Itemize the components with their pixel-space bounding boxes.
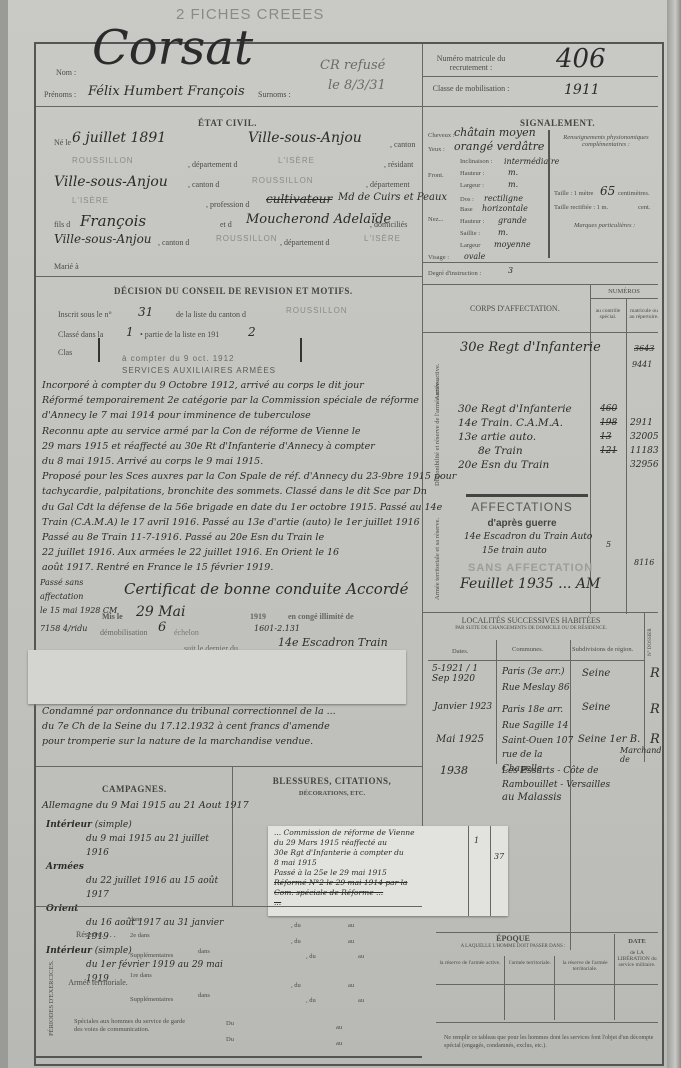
departement-residence: L'ISÈRE: [72, 196, 109, 205]
epoque-footnote: Ne remplir ce tableau que pour les homme…: [444, 1034, 656, 1050]
nez-label: Nez...: [428, 216, 443, 223]
pere-value: François: [80, 212, 146, 230]
affectations-subtitle: d'après guerre: [454, 518, 590, 529]
epoque-col-1: la réserve de l'armée active.: [438, 960, 502, 966]
campagne-sub: (simple): [95, 820, 132, 830]
slip-line: 8 mai 1915: [274, 858, 468, 868]
localite-mark: R: [650, 702, 660, 717]
yeux-label: Yeux :: [428, 146, 445, 153]
au-speciales-2: au: [336, 1040, 342, 1047]
slip-line: Passé à la 25e le 29 mai 1915: [274, 868, 468, 878]
canton-residence: ROUSSILLON: [252, 176, 314, 185]
disponibilite-label: Disponibilité et réserve de l'armée acti…: [434, 378, 441, 486]
date-liberation-sub: de LA LIBÉRATION du service militaire.: [616, 950, 658, 968]
base-label: Base: [460, 206, 473, 213]
largeur-nez-value: moyenne: [494, 240, 531, 249]
prenoms-value: Félix Humbert François: [88, 84, 245, 99]
corps-entry: 20e Esn du Train: [458, 458, 572, 472]
largeur-value: m.: [508, 180, 518, 189]
condamnation-line: Condamné par ordonnance du tribunal corr…: [42, 704, 422, 719]
sans-affectation-stamp: SANS AFFECTATION: [468, 562, 593, 574]
au-label: au: [358, 997, 364, 1004]
controle-list: 460 198 13 121: [600, 402, 617, 458]
registry-sheet: 2 FICHES CREEES Corsat Nom : Prénoms : F…: [8, 0, 668, 1068]
residence-value: Ville-sous-Anjou: [54, 174, 168, 190]
localites-title: LOCALITÉS SUCCESSIVES HABITÉES: [428, 616, 634, 625]
matricule-value: 32956: [630, 458, 659, 472]
date-naissance: 6 juillet 1891: [72, 130, 166, 146]
service-line: d'Annecy le 7 mai 1914 pour imminence de…: [42, 408, 420, 423]
matricule-list: 2911 32005 11183 32956: [630, 416, 659, 472]
au-label: au: [348, 982, 354, 989]
localite-commune: Les Essarts - Côte de Rambouillet - Vers…: [502, 764, 652, 792]
domicilies-label: , domiciliés: [370, 220, 407, 229]
departement-label: , département d: [188, 160, 238, 169]
armee-territoriale-label: Armée territoriale.: [68, 978, 128, 987]
condamnation-line: du 7e Ch de la Seine du 17.12.1932 à cen…: [42, 719, 422, 734]
decision-title: DÉCISION DU CONSEIL DE REVISION ET MOTIF…: [114, 286, 353, 296]
dans-label: dans: [198, 948, 210, 955]
service-line: Passé au 8e Train 11-7-1916. Passé au 20…: [42, 530, 420, 545]
ne-le-label: Né le: [54, 138, 71, 147]
largeur-nez-label: Largeur: [460, 242, 480, 249]
cheveux-value: châtain moyen: [454, 126, 536, 139]
col-communes: Communes.: [512, 646, 543, 653]
classe-value: 1911: [564, 82, 600, 98]
inscrit-value: 31: [138, 305, 153, 319]
departement-domicile: L'ISÈRE: [364, 234, 401, 243]
yeux-value: orangé verdâtre: [454, 140, 544, 153]
localite-date: 5-1921 / 1 Sep 1920: [432, 664, 496, 684]
disponibilite-corps-list: 30e Regt d'Infanterie 14e Train. C.A.M.A…: [458, 402, 572, 472]
localite-mark: R: [650, 732, 660, 747]
corps-entry: 14e Train. C.A.M.A.: [458, 416, 572, 430]
service-line: du Gal Cdt la défense de la 56e brigade …: [42, 500, 420, 515]
matricule-label: Numéro matricule du recrutement :: [428, 54, 514, 72]
dos-value: rectiligne: [484, 194, 523, 203]
canton-domicile: ROUSSILLON: [216, 234, 278, 243]
departement3-label: , département d: [280, 238, 330, 247]
localite-subdivision: Seine 1er B.: [578, 734, 640, 745]
hauteur-nez-label: Hauteur :: [460, 218, 484, 225]
service-line: Reconnu apte au service armé par la Con …: [42, 424, 420, 439]
col-controle: au contrôle spécial.: [590, 308, 626, 320]
periodes-side-label: PÉRIODES D'EXERCICES.: [48, 960, 55, 1036]
slip-line: Réformé N°2 le 29 mai 1914 par la: [274, 878, 468, 888]
degre-value: 3: [508, 266, 513, 275]
slip-line: du 29 Mars 1915 réaffecté au: [274, 838, 468, 848]
col-dates: Dates.: [452, 648, 468, 655]
canton-de-label: , canton d: [188, 180, 219, 189]
corps-entry: 8e Train: [458, 444, 572, 458]
blessures-subtitle: DÉCORATIONS, ETC.: [242, 790, 422, 797]
armee-active-matricule: 3643: [634, 344, 654, 353]
territoriale-entry: 14e Escadron du Train Auto: [464, 532, 592, 542]
base-value: horizontale: [482, 204, 528, 213]
certificat-bonne-conduite: Certificat de bonne conduite Accordé: [124, 580, 408, 598]
profession-note: Md de Cuirs et Peaux: [338, 192, 447, 203]
epoque-subtitle: A LAQUELLE L'HOMME DOIT PASSER DANS :: [438, 944, 588, 949]
armee-active-corps: 30e Regt d'Infanterie: [460, 340, 601, 355]
classe-label: Classe de mobilisation :: [428, 84, 514, 93]
profession-label: , profession d: [206, 200, 249, 209]
du-label: , du: [306, 953, 316, 960]
service-line: Proposé pour les Sces auxres par la Con …: [42, 469, 420, 484]
departement-naissance: L'ISÈRE: [278, 156, 315, 165]
services-history: Incorporé à compter du 9 Octobre 1912, a…: [42, 378, 420, 576]
service-line: 29 mars 1915 et réaffecté au 30e Rt d'In…: [42, 439, 420, 454]
du-speciales-2: Du: [226, 1036, 234, 1043]
service-line: Réformé temporairement 2e catégorie par …: [42, 393, 420, 408]
localite-subdivision: Seine: [582, 702, 610, 713]
du-label: , du: [306, 997, 316, 1004]
departement2-label: , département: [366, 180, 410, 189]
localite-date: Mai 1925: [436, 734, 484, 745]
passe-sans: Passé sans: [40, 578, 83, 587]
campagne-row: Intérieur (simple): [46, 818, 232, 832]
campagne-row: Orient: [46, 902, 232, 916]
supplementaires-label: Supplémentaires: [130, 952, 173, 959]
largeur-label: Largeur :: [460, 182, 484, 189]
etat-civil-title: ÉTAT CIVIL.: [198, 118, 257, 128]
slip-col-2: 37: [494, 852, 504, 861]
affectation-note: affectation: [40, 592, 83, 601]
blessures-title: BLESSURES, CITATIONS,: [242, 776, 422, 786]
service-line: tachycardie, palpitations, bronchite des…: [42, 484, 420, 499]
localite-commune: Paris (3e arr.) Rue Meslay 86: [502, 664, 570, 696]
controle-value: 198: [600, 416, 617, 430]
campagne-label: Intérieur: [46, 820, 92, 830]
conge-label: en congé illimité de: [288, 612, 354, 621]
matricule-value: 11183: [630, 444, 659, 458]
demobilisation-label: démobilisation: [100, 628, 148, 637]
controle-value: 460: [600, 402, 617, 416]
localite-date: 1938: [440, 764, 468, 777]
du-label: , du: [291, 938, 301, 945]
canton-label: , canton: [390, 140, 415, 149]
ref-number: 7158 4/ridu: [40, 624, 87, 633]
premiere-territoriale-label: 1re dans: [130, 972, 152, 979]
taille-unit: centimètres.: [618, 190, 650, 197]
territoriale-matricule: 8116: [634, 558, 654, 567]
renseignements-label: Renseignements physionomiques complément…: [558, 134, 654, 148]
campagnes-header: Allemagne du 9 Mai 1915 au 21 Aout 1917: [42, 800, 249, 811]
canton-naissance: ROUSSILLON: [72, 156, 134, 165]
slip-col-1: 1: [474, 836, 479, 845]
au-label: au: [348, 922, 354, 929]
hauteur-nez-value: grande: [498, 216, 527, 225]
marques-label: Marques particulières :: [574, 222, 635, 229]
classe-dans-value: 1: [126, 325, 134, 339]
hauteur-value: m.: [508, 168, 518, 177]
fils-de-label: fils d: [54, 220, 70, 229]
visage-label: Visage :: [428, 254, 449, 261]
lieu-naissance: Ville-sous-Anjou: [248, 130, 362, 146]
service-line: Incorporé à compter du 9 Octobre 1912, a…: [42, 378, 420, 393]
classe-label: Clas: [58, 348, 72, 357]
et-de-label: et d: [220, 220, 232, 229]
territoriale-controle: 5: [606, 540, 611, 549]
marie-label: Marié à: [54, 262, 79, 271]
campagne-label: Armées: [46, 862, 84, 872]
echelon-label: échelon: [174, 628, 199, 637]
speciales-label: Spéciales aux hommes du service de garde…: [74, 1018, 194, 1034]
slip-line: Com. spéciale de Réforme ...: [274, 888, 468, 898]
residant-label: , résidant: [384, 160, 413, 169]
epoque-title: ÉPOQUE: [438, 934, 588, 943]
controle-value: 13: [600, 430, 617, 444]
inclinaison-value: intermédiaire: [504, 157, 559, 166]
decision-stamp-1: à compter du 9 oct. 1912: [122, 354, 235, 363]
du-label: , du: [291, 982, 301, 989]
canton3-label: , canton d: [158, 238, 189, 247]
col-dossier: N° DOSSIER: [648, 628, 653, 656]
corps-entry: 13e artie auto.: [458, 430, 572, 444]
corps-entry: 30e Regt d'Infanterie: [458, 402, 572, 416]
saillie-value: m.: [498, 228, 508, 237]
annee-conge: 1919: [250, 612, 266, 621]
paper-strip-overlay: [28, 650, 406, 704]
service-line: août 1917. Rentré en France le 15 févrie…: [42, 560, 420, 575]
service-line: du 8 mai 1915. Arrivé au corps le 9 mai …: [42, 454, 420, 469]
saillie-label: Saillie :: [460, 230, 480, 237]
domicile-value: Ville-sous-Anjou: [54, 232, 152, 246]
localite-subdivision: Seine: [582, 668, 610, 679]
signature-note: Feuillet 1935 ... AM: [460, 576, 600, 592]
degre-label: Degré d'instruction :: [428, 270, 481, 277]
localite-mark: R: [650, 666, 660, 681]
numero-value: 1601-2.131: [254, 624, 300, 633]
partie-value: 2: [248, 325, 256, 339]
localites-subtitle: PAR SUITE DE CHANGEMENTS DE DOMICILE OU …: [428, 626, 634, 631]
nom-value: Corsat: [92, 20, 253, 76]
taille-value: 65: [600, 184, 615, 198]
du-label: , du: [291, 922, 301, 929]
date-liberation-title: DATE: [616, 938, 658, 945]
campagne-row: Armées: [46, 860, 232, 874]
condamnation-note: Condamné par ordonnance du tribunal corr…: [42, 704, 422, 749]
campagnes-list: Intérieur (simple) du 9 mai 1915 au 21 j…: [46, 818, 232, 986]
page-edge: [667, 0, 681, 1068]
inscrit-label: Inscrit sous le n°: [58, 310, 112, 319]
mis-le-label: Mis le: [102, 612, 123, 621]
mis-le-value: 29 Mai: [136, 604, 185, 620]
reserve-label: Réserve. . . .: [76, 930, 116, 939]
condamnation-line: pour tromperie sur la nature de la march…: [42, 734, 422, 749]
territoriale-label: Armée territoriale et sa réserve.: [434, 518, 441, 600]
epoque-col-3: la réserve de l'armée territoriale.: [556, 960, 614, 972]
taille-rectifiee-label: Taille rectifiée : 1 m.: [554, 204, 608, 211]
territoriale-entry: 15e train auto: [482, 546, 547, 556]
slip-line: ... Commission de réforme de Vienne: [274, 828, 468, 838]
liste-label: de la liste du canton d: [176, 310, 246, 319]
matricule-value: 406: [556, 44, 606, 74]
matricule-value: 32005: [630, 430, 659, 444]
dos-label: Dos :: [460, 196, 474, 203]
deuxieme-dans-label: 2e dans: [130, 932, 150, 939]
liste-value: ROUSSILLON: [286, 306, 348, 315]
controle-value: 121: [600, 444, 617, 458]
taille-label: Taille : 1 mètre: [554, 190, 593, 197]
du-speciales-1: Du: [226, 1020, 234, 1027]
nom-label: Nom :: [56, 68, 76, 77]
campagne-label: Intérieur: [46, 946, 92, 956]
premiere-dans-label: dans: [130, 916, 142, 923]
surnoms-label: Surnoms :: [258, 90, 291, 99]
localite-commune: au Malassis: [502, 792, 562, 803]
margin-note-1: CR refusé: [320, 58, 385, 73]
cheveux-label: Cheveux :: [428, 132, 455, 139]
col-subdivisions: Subdivisions de région.: [572, 646, 633, 653]
echelon-value: 6: [158, 620, 166, 635]
decision-stamp-2: SERVICES AUXILIAIRES ARMÉES: [122, 366, 276, 375]
localite-mark: Marchand de: [620, 746, 668, 764]
localite-date: Janvier 1923: [434, 702, 492, 712]
campagnes-title: CAMPAGNES.: [102, 784, 167, 794]
margin-note-2: le 8/3/31: [328, 78, 386, 93]
hauteur-label: Hauteur :: [460, 170, 484, 177]
taille-rectifiee-unit: cent.: [638, 204, 650, 211]
affectations-title: AFFECTATIONS: [454, 500, 590, 514]
partie-label: • partie de la liste en 191: [140, 330, 219, 339]
classe-dans-label: Classé dans la: [58, 330, 103, 339]
au-label: au: [358, 953, 364, 960]
localite-commune: Paris 18e arr. Rue Sagille 14: [502, 702, 570, 734]
au-speciales-1: au: [336, 1024, 342, 1031]
au-label: au: [348, 938, 354, 945]
profession-value: cultivateur: [266, 192, 332, 206]
pasted-correction-slip: ... Commission de réforme de Vienne du 2…: [268, 826, 508, 916]
matricule-value: 2911: [630, 416, 659, 430]
campagne-range: du 22 juillet 1916 au 15 août 1917: [46, 874, 232, 902]
campagne-range: du 9 mai 1915 au 21 juillet 1916: [46, 832, 232, 860]
prenoms-label: Prénoms :: [44, 90, 76, 99]
service-line: Train (C.A.M.A) le 17 avril 1916. Passé …: [42, 515, 420, 530]
supplementaires-territoriale-label: Supplémentaires: [130, 996, 173, 1003]
slip-text: ... Commission de réforme de Vienne du 2…: [274, 828, 468, 908]
col-matricule: matricule ou au répertoire.: [628, 308, 660, 320]
inclinaison-label: Inclinaison :: [460, 158, 492, 165]
front-label: Front.: [428, 172, 444, 179]
service-line: 22 juillet 1916. Aux armées le 22 juille…: [42, 545, 420, 560]
visage-value: ovale: [464, 252, 485, 261]
numeros-title: NUMÉROS: [590, 288, 658, 295]
escadron-value: 14e Escadron Train: [278, 636, 388, 649]
corps-affectation-title: CORPS D'AFFECTATION.: [470, 304, 560, 313]
dans-territoriale-label: dans: [198, 992, 210, 999]
campagne-sub: (simple): [95, 946, 132, 956]
slip-line: 30e Rgt d'Infanterie à compter du: [274, 848, 468, 858]
epoque-col-2: l'armée territoriale.: [506, 960, 554, 966]
armee-active-matricule-2: 9441: [632, 360, 652, 369]
